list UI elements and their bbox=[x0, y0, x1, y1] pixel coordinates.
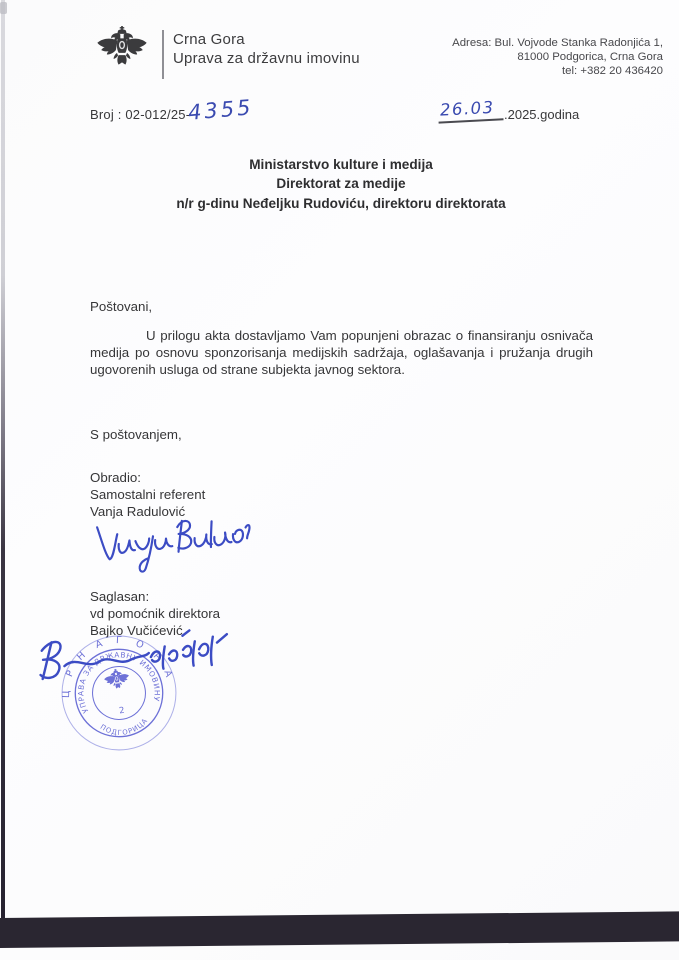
recipient-attention-line: n/r g-dinu Neđeljku Rudoviću, direktoru … bbox=[90, 194, 592, 213]
address-line: 81000 Podgorica, Crna Gora bbox=[403, 50, 663, 64]
signature-bajko-vucicevic bbox=[35, 624, 269, 694]
prepared-by-title: Samostalni referent bbox=[90, 486, 205, 503]
approved-by-label: Saglasan: bbox=[90, 588, 220, 605]
closing-phrase: S poštovanjem, bbox=[90, 427, 182, 442]
coat-of-arms-eagle-icon bbox=[93, 26, 151, 82]
salutation: Poštovani, bbox=[90, 299, 152, 314]
recipient-block: Ministarstvo kulture i medija Direktorat… bbox=[90, 155, 592, 213]
recipient-directorate: Direktorat za medije bbox=[90, 174, 592, 193]
date-year-label: .2025.godina bbox=[504, 107, 579, 122]
scanned-letter-page: Crna Gora Uprava za državnu imovinu Adre… bbox=[0, 0, 679, 960]
body-paragraph: U prilogu akta dostavljamo Vam popunjeni… bbox=[90, 327, 593, 379]
stamp-number: 2 bbox=[118, 706, 125, 717]
letterhead-org-name: Uprava za državnu imovinu bbox=[173, 49, 360, 68]
address-line: tel: +382 20 436420 bbox=[403, 64, 663, 78]
scan-bottom-bar bbox=[0, 911, 679, 948]
letterhead-org: Crna Gora Uprava za državnu imovinu bbox=[173, 30, 360, 68]
reference-number-label: Broj : 02-012/25- bbox=[90, 107, 190, 122]
handwritten-reference-number: 4355 bbox=[187, 95, 254, 125]
scan-edge-line bbox=[1, 0, 5, 918]
letterhead-country: Crna Gora bbox=[173, 30, 360, 49]
approved-by-title: vd pomoćnik direktora bbox=[90, 605, 220, 622]
recipient-ministry: Ministarstvo kulture i medija bbox=[90, 155, 592, 174]
address-line: Adresa: Bul. Vojvode Stanka Radonjića 1, bbox=[403, 36, 663, 50]
handwritten-date: 26.03 bbox=[437, 97, 503, 123]
prepared-by-label: Obradio: bbox=[90, 469, 205, 486]
letterhead-divider bbox=[162, 30, 164, 79]
letterhead-address: Adresa: Bul. Vojvode Stanka Radonjića 1,… bbox=[403, 36, 663, 78]
signature-vanja-radulovic bbox=[91, 507, 262, 576]
